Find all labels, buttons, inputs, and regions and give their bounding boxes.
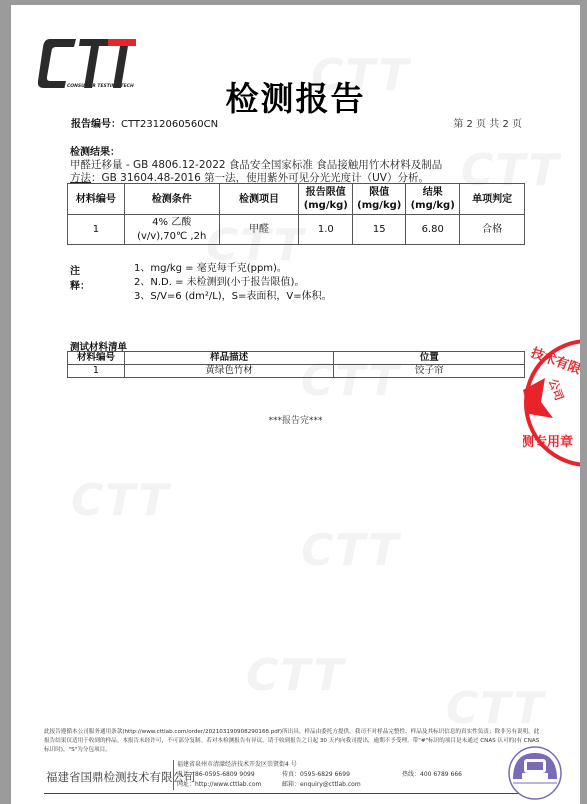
- table-cell: 黄绿色竹材: [124, 365, 334, 378]
- report-number-value: CTT2312060560CN: [121, 119, 218, 130]
- svg-text:公司: 公司: [546, 377, 567, 402]
- page-indicator: 第 2 页 共 2 页: [453, 115, 522, 130]
- accreditation-seal-icon: [507, 745, 563, 801]
- footer-divider: [44, 793, 519, 794]
- column-header: 材料编号: [68, 352, 125, 365]
- table-row: 14% 乙酸(v/v),70℃ ,2h甲醛1.0156.80合格: [68, 215, 525, 245]
- watermark-logo: CTT: [71, 475, 170, 526]
- table-cell: 饺子帘: [334, 365, 525, 378]
- column-header: 检测项目: [219, 184, 299, 215]
- table-cell: 1.0: [299, 215, 353, 245]
- footer-disclaimer: 此报告遵循本公司服务通用条款(http://www.cttlab.com/ord…: [44, 728, 544, 755]
- report-page: CTT CTT CTT CTT CTT CTT CTT CTT CONSUMER…: [11, 5, 580, 804]
- materials-table: 材料编号样品描述位置 1黄绿色竹材饺子帘: [67, 351, 525, 378]
- svg-text:测专用章: 测专用章: [523, 434, 573, 450]
- footer-contact: 福建省泉州市清濛经济技术开发区崇贤街4 号 电话：86-0595-6809 90…: [173, 760, 462, 790]
- footer-fax: 传真：0595-6829 6699: [282, 770, 402, 780]
- table-cell: 4% 乙酸(v/v),70℃ ,2h: [124, 215, 219, 245]
- note-item: 3、S/V=6 (dm²/L)，S=表面积，V=体积。: [134, 290, 332, 304]
- column-header: 位置: [334, 352, 525, 365]
- report-number-label: 报告编号：: [71, 119, 121, 130]
- results-heading: 检测结果：: [70, 143, 120, 158]
- table-row: 1黄绿色竹材饺子帘: [68, 365, 525, 378]
- company-seal-stamp: 技术有限 公司 测专用章: [523, 338, 580, 468]
- footer-phone: 电话：86-0595-6809 9099: [177, 770, 282, 780]
- column-header: 报告限值(mg/kg): [299, 184, 353, 215]
- results-table-header: 材料编号检测条件检测项目报告限值(mg/kg)限值(mg/kg)结果(mg/kg…: [68, 184, 525, 215]
- footer-hotline: 热线：400 6789 666: [402, 770, 462, 780]
- note-item: 2、N.D. = 未检测到(小于报告限值)。: [134, 276, 332, 290]
- table-cell: 6.80: [406, 215, 460, 245]
- end-of-report: ***报告完***: [11, 413, 580, 426]
- table-cell: 1: [68, 365, 125, 378]
- materials-table-header: 材料编号样品描述位置: [68, 352, 525, 365]
- results-table: 材料编号检测条件检测项目报告限值(mg/kg)限值(mg/kg)结果(mg/kg…: [67, 183, 525, 245]
- column-header: 样品描述: [124, 352, 334, 365]
- page-title: 检测报告: [11, 73, 580, 120]
- column-header: 材料编号: [68, 184, 125, 215]
- table-cell: 甲醛: [219, 215, 299, 245]
- watermark-logo: CTT: [446, 683, 545, 734]
- note-item: 1、mg/kg = 毫克每千克(ppm)。: [134, 262, 332, 276]
- report-number: 报告编号：CTT2312060560CN: [71, 115, 218, 130]
- column-header: 限值(mg/kg): [353, 184, 406, 215]
- table-cell: 1: [68, 215, 125, 245]
- table-cell: 合格: [460, 215, 525, 245]
- column-header: 单项判定: [460, 184, 525, 215]
- footer-address: 福建省泉州市清濛经济技术开发区崇贤街4 号: [177, 760, 462, 770]
- watermark-logo: CTT: [246, 650, 345, 701]
- column-header: 结果(mg/kg): [406, 184, 460, 215]
- table-cell: 15: [353, 215, 406, 245]
- notes-label: 注释：: [70, 262, 90, 292]
- footer-email[interactable]: 邮箱：enquiry@cttlab.com: [282, 780, 402, 790]
- watermark-logo: CTT: [301, 525, 400, 576]
- column-header: 检测条件: [124, 184, 219, 215]
- footer-website[interactable]: 网址：http://www.cttlab.com: [177, 780, 282, 790]
